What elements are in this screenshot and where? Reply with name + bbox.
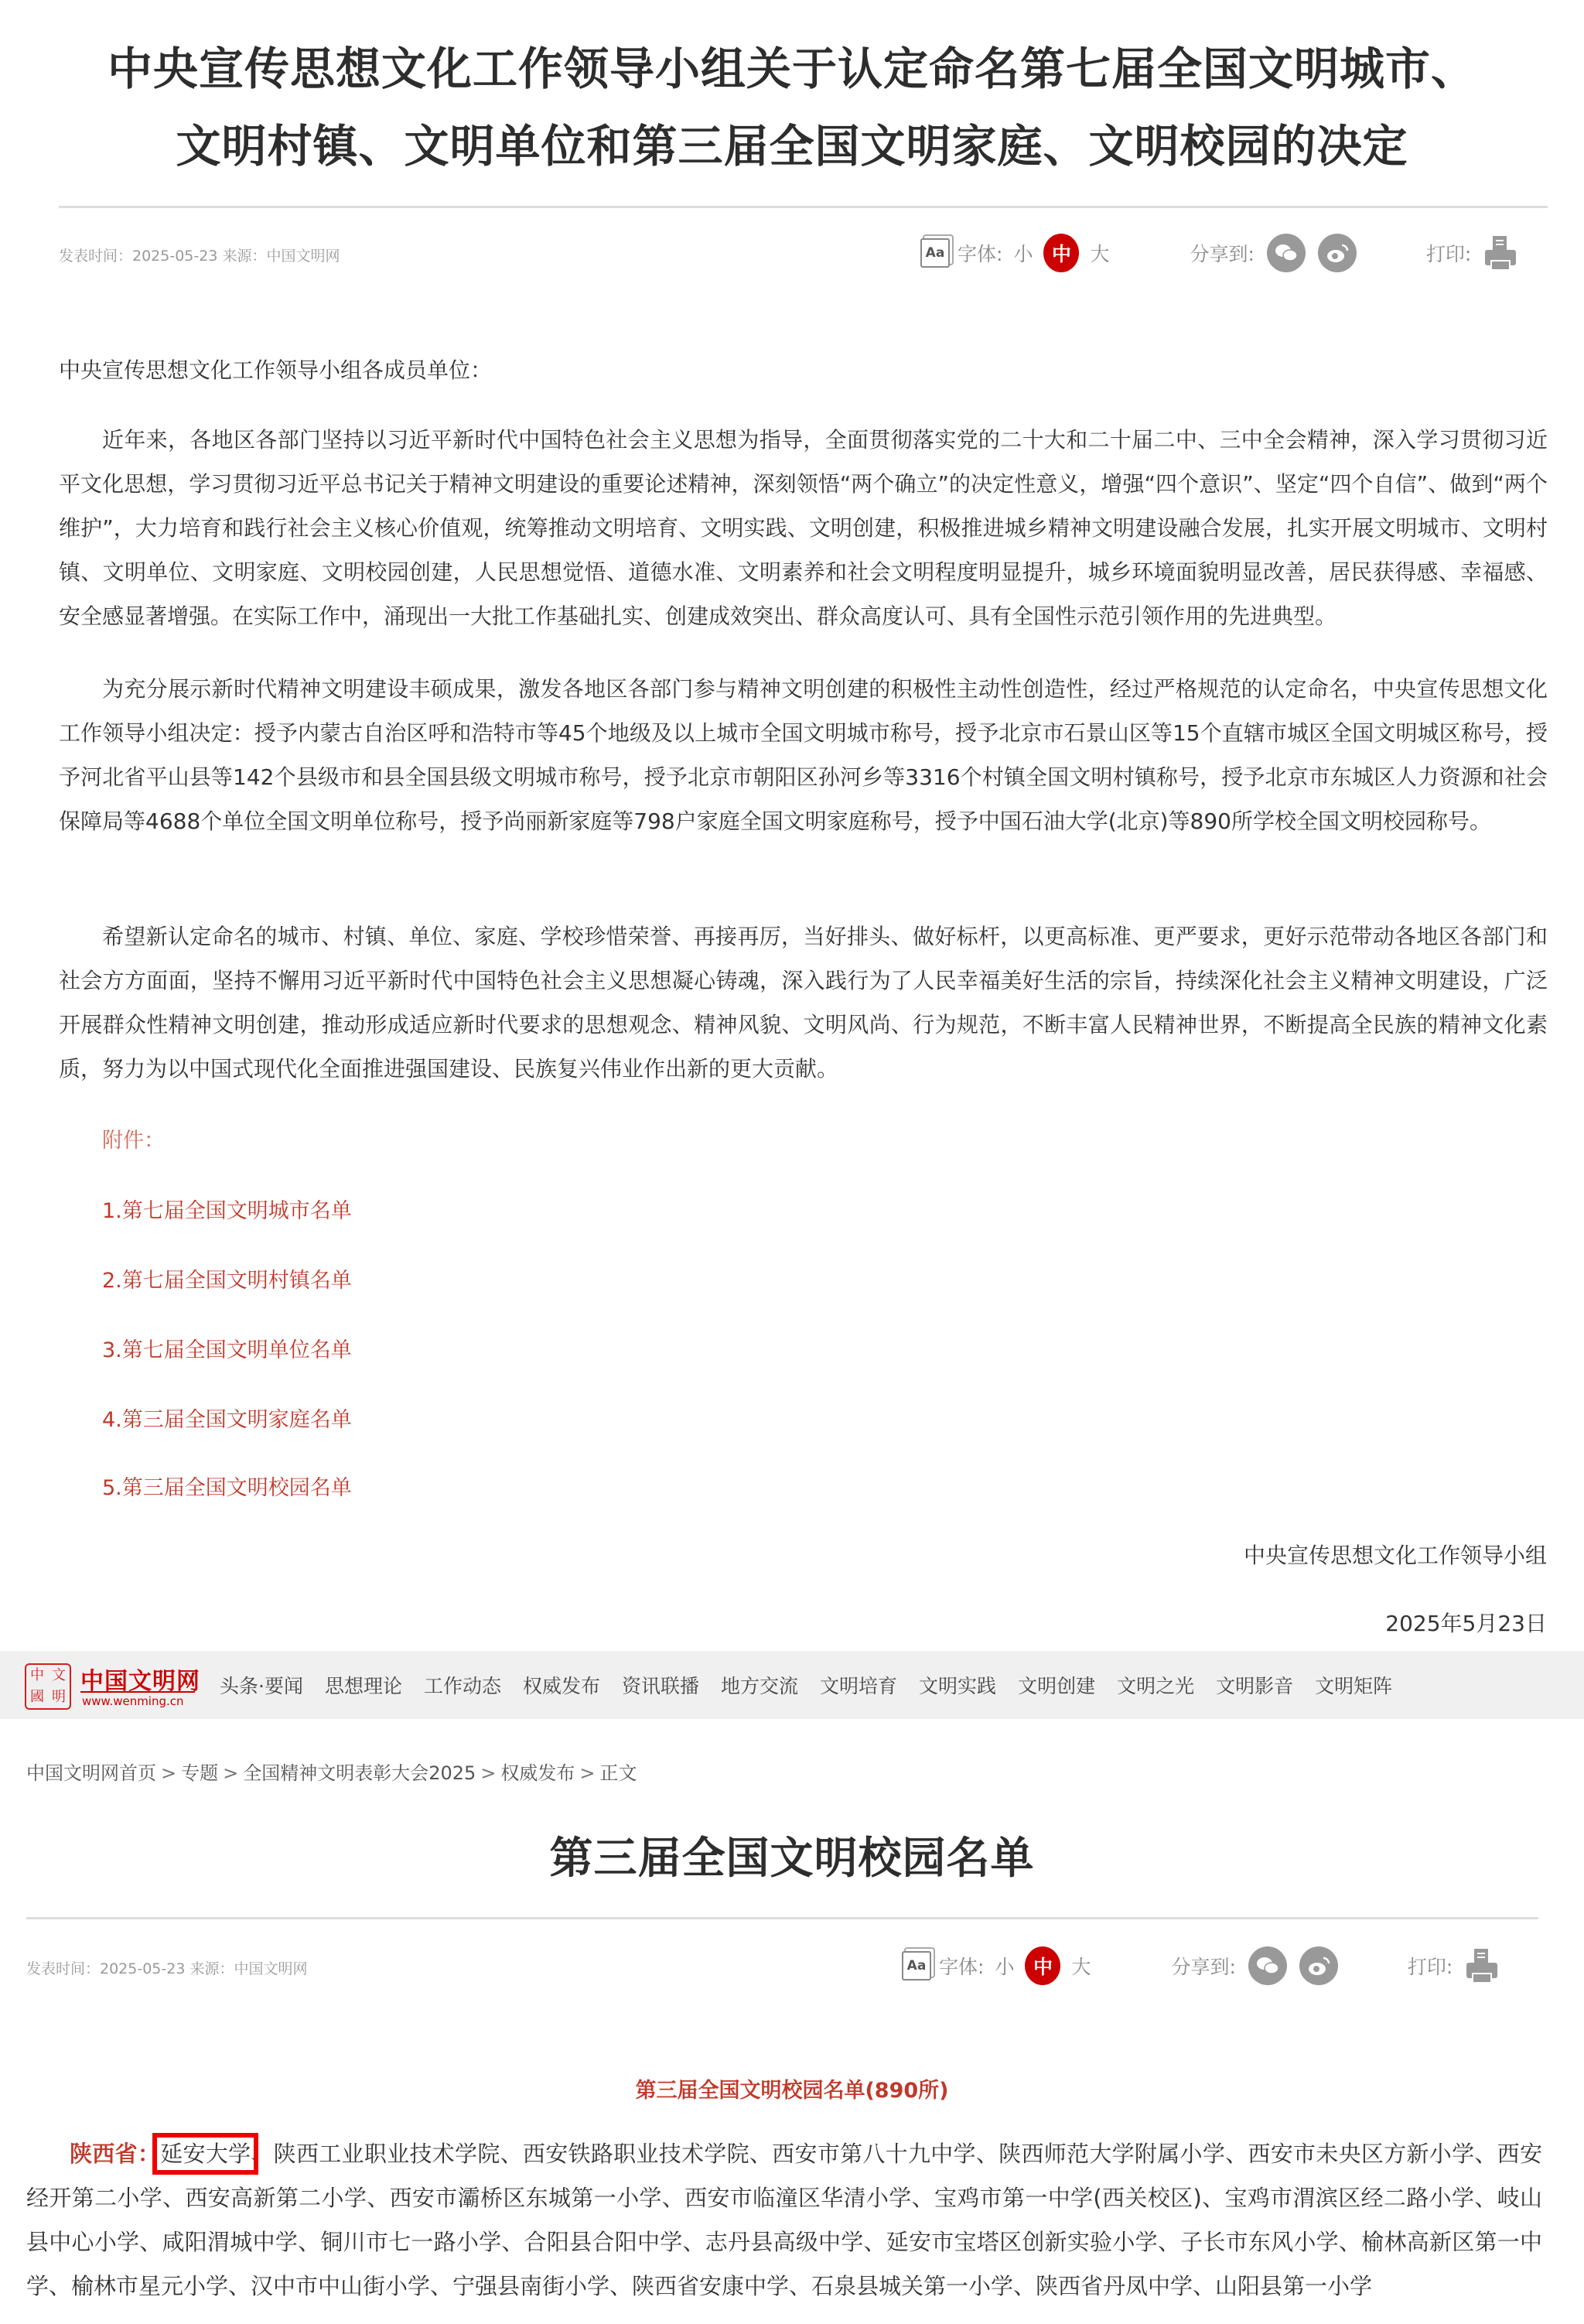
- breadcrumb: 中国文明网首页>专题>全国精神文明表彰大会2025>权威发布>正文: [26, 1758, 637, 1785]
- font-size-small-button[interactable]: 小: [995, 1952, 1014, 1980]
- signature: 中央宣传思想文化工作领导小组: [1244, 1533, 1547, 1577]
- breadcrumb-home[interactable]: 中国文明网首页: [26, 1762, 156, 1784]
- font-size-large-button[interactable]: 大: [1071, 1952, 1091, 1980]
- site-logo-seal-icon[interactable]: 中 文 國 明: [25, 1663, 71, 1710]
- school-list-rest: 、陕西工业职业技术学院、西安铁路职业技术学院、西安市第八十九中学、陕西师范大学附…: [26, 2141, 1542, 2299]
- breadcrumb-current: 正文: [600, 1762, 637, 1784]
- nav-item-work-news[interactable]: 工作动态: [424, 1671, 501, 1699]
- printer-icon[interactable]: [1463, 1947, 1500, 1984]
- title-divider-2: [26, 1917, 1538, 1919]
- font-size-large-button[interactable]: 大: [1090, 239, 1109, 267]
- font-size-icon: Aa: [920, 238, 950, 268]
- highlighted-school: 延安大学: [160, 2141, 251, 2167]
- article-title-line2: 文明村镇、文明单位和第三届全国文明家庭、文明校园的决定: [0, 110, 1584, 175]
- print-label: 打印:: [1408, 1952, 1453, 1980]
- paragraph-2: 为充分展示新时代精神文明建设丰硕成果，激发各地区各部门参与精神文明创建的积极性主…: [59, 667, 1548, 843]
- nav-item-headlines[interactable]: 头条·要闻: [220, 1671, 303, 1699]
- breadcrumb-separator: >: [480, 1762, 496, 1784]
- seal-char: 明: [48, 1687, 70, 1708]
- breadcrumb-topic[interactable]: 专题: [181, 1762, 218, 1784]
- print-label: 打印:: [1426, 239, 1471, 267]
- nav-item-light[interactable]: 文明之光: [1117, 1671, 1194, 1699]
- attachment-link-4[interactable]: 4.第三届全国文明家庭名单: [102, 1403, 352, 1433]
- printer-icon[interactable]: [1482, 234, 1519, 272]
- nav-item-media[interactable]: 文明影音: [1216, 1671, 1293, 1699]
- weibo-icon[interactable]: [1299, 1946, 1338, 1985]
- list-page-title: 第三届全国文明校园名单: [0, 1824, 1584, 1886]
- signature-date: 2025年5月23日: [1385, 1601, 1547, 1646]
- font-size-icon: Aa: [902, 1951, 931, 1981]
- salutation: 中央宣传思想文化工作领导小组各成员单位：: [59, 348, 492, 392]
- share-label: 分享到:: [1171, 1952, 1235, 1980]
- nav-item-cultivation[interactable]: 文明培育: [820, 1671, 897, 1699]
- wechat-icon[interactable]: [1248, 1946, 1287, 1985]
- share-label: 分享到:: [1190, 239, 1254, 267]
- wechat-icon[interactable]: [1267, 234, 1306, 272]
- font-size-medium-button[interactable]: 中: [1043, 234, 1079, 272]
- logo-underline: [80, 1691, 195, 1693]
- seal-char: 中: [26, 1665, 48, 1687]
- publish-meta: 发表时间：2025-05-23 来源：中国文明网: [59, 244, 340, 265]
- site-nav-bar: 中 文 國 明 中国文明网 www.wenming.cn 头条·要闻 思想理论 …: [0, 1651, 1584, 1719]
- nav-item-creation[interactable]: 文明创建: [1018, 1671, 1095, 1699]
- nav-item-theory[interactable]: 思想理论: [325, 1671, 402, 1699]
- breadcrumb-separator: >: [161, 1762, 176, 1784]
- article-toolbar-2: Aa 字体: 小 中 大 分享到: 打印:: [902, 1943, 1500, 1989]
- attachment-link-2[interactable]: 2.第七届全国文明村镇名单: [102, 1263, 352, 1294]
- nav-item-official-release[interactable]: 权威发布: [523, 1671, 600, 1699]
- attachment-link-3[interactable]: 3.第七届全国文明单位名单: [102, 1333, 352, 1363]
- attachment-link-5[interactable]: 5.第三届全国文明校园名单: [102, 1471, 352, 1501]
- site-logo-url[interactable]: www.wenming.cn: [82, 1694, 184, 1708]
- paragraph-3: 希望新认定命名的城市、村镇、单位、家庭、学校珍惜荣誉、再接再厉，当好排头、做好标…: [59, 914, 1548, 1091]
- nav-item-local-exchange[interactable]: 地方交流: [721, 1671, 798, 1699]
- font-size-small-button[interactable]: 小: [1013, 239, 1033, 267]
- list-heading: 第三届全国文明校园名单(890所): [0, 2073, 1584, 2104]
- breadcrumb-separator: >: [223, 1762, 238, 1784]
- title-divider: [59, 206, 1548, 208]
- weibo-icon[interactable]: [1318, 234, 1357, 272]
- nav-item-practice[interactable]: 文明实践: [919, 1671, 996, 1699]
- nav-item-matrix[interactable]: 文明矩阵: [1315, 1671, 1392, 1699]
- site-nav-menu: 头条·要闻 思想理论 工作动态 权威发布 资讯联播 地方交流 文明培育 文明实践…: [220, 1651, 1414, 1719]
- attachment-link-1[interactable]: 1.第七届全国文明城市名单: [102, 1194, 352, 1224]
- attachments-label: 附件：: [102, 1123, 165, 1153]
- breadcrumb-event[interactable]: 全国精神文明表彰大会2025: [243, 1762, 476, 1784]
- article-title-line1: 中央宣传思想文化工作领导小组关于认定命名第七届全国文明城市、: [0, 32, 1584, 97]
- breadcrumb-separator: >: [579, 1762, 595, 1784]
- paragraph-1: 近年来，各地区各部门坚持以习近平新时代中国特色社会主义思想为指导，全面贯彻落实党…: [59, 418, 1548, 638]
- province-label: 陕西省：: [70, 2141, 160, 2167]
- article-toolbar: Aa 字体: 小 中 大 分享到: 打印:: [920, 230, 1519, 276]
- font-size-label: 字体:: [939, 1952, 984, 1980]
- seal-char: 文: [48, 1665, 70, 1687]
- seal-char: 國: [26, 1687, 48, 1708]
- nav-item-news-feed[interactable]: 资讯联播: [622, 1671, 699, 1699]
- school-list-shaanxi: 陕西省：延安大学、陕西工业职业技术学院、西安铁路职业技术学院、西安市第八十九中学…: [26, 2132, 1542, 2309]
- font-size-label: 字体:: [958, 239, 1002, 267]
- publish-meta-2: 发表时间：2025-05-23 来源：中国文明网: [26, 1957, 307, 1978]
- breadcrumb-section[interactable]: 权威发布: [500, 1762, 575, 1784]
- font-size-medium-button[interactable]: 中: [1025, 1946, 1060, 1985]
